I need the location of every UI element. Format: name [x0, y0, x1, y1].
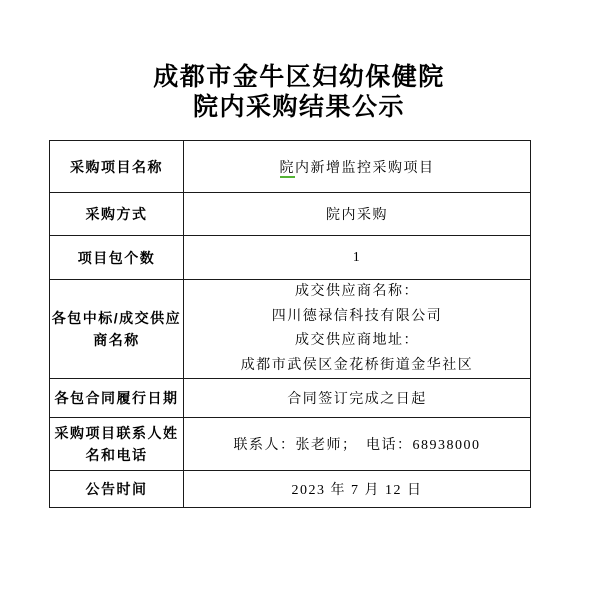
row-label-package-count: 项目包个数 — [50, 236, 184, 280]
supplier-address-caption: 成交供应商地址： — [185, 329, 529, 354]
supplier-name: 四川德禄信科技有限公司 — [185, 305, 529, 330]
row-label-project-name: 采购项目名称 — [50, 141, 184, 193]
row-label-procurement-method: 采购方式 — [50, 193, 184, 236]
row-label-announcement-date: 公告时间 — [50, 471, 184, 508]
row-label-winning-supplier: 各包中标/成交供应商名称 — [50, 280, 184, 379]
table-row-contact-info: 采购项目联系人姓名和电话 联系人：张老师； 电话：68938000 — [50, 418, 531, 471]
row-value-announcement-date: 2023 年 7 月 12 日 — [184, 471, 531, 508]
page-title: 成都市金牛区妇幼保健院 院内采购结果公示 — [0, 63, 598, 123]
page-title-line-1: 成都市金牛区妇幼保健院 — [0, 63, 598, 93]
table-row-announcement-date: 公告时间 2023 年 7 月 12 日 — [50, 471, 531, 508]
row-value-contract-period: 合同签订完成之日起 — [184, 379, 531, 418]
row-label-contact-info: 采购项目联系人姓名和电话 — [50, 418, 184, 471]
row-label-contract-period: 各包合同履行日期 — [50, 379, 184, 418]
table-row-contract-period: 各包合同履行日期 合同签订完成之日起 — [50, 379, 531, 418]
row-value-package-count: 1 — [184, 236, 531, 280]
table-row-project-name: 采购项目名称 院内新增监控采购项目 — [50, 141, 531, 193]
row-value-project-name: 院内新增监控采购项目 — [184, 141, 531, 193]
page-title-line-2: 院内采购结果公示 — [0, 93, 598, 123]
project-name-text: 内新增监控采购项目 — [295, 161, 435, 176]
table-row-package-count: 项目包个数 1 — [50, 236, 531, 280]
row-value-procurement-method: 院内采购 — [184, 193, 531, 236]
row-value-winning-supplier: 成交供应商名称： 四川德禄信科技有限公司 成交供应商地址： 成都市武侯区金花桥街… — [184, 280, 531, 379]
supplier-name-caption: 成交供应商名称： — [185, 280, 529, 305]
supplier-address: 成都市武侯区金花桥街道金华社区 — [185, 354, 529, 379]
table-row-winning-supplier: 各包中标/成交供应商名称 成交供应商名称： 四川德禄信科技有限公司 成交供应商地… — [50, 280, 531, 379]
spellcheck-underlined-text: 院 — [280, 161, 296, 178]
row-value-contact-info: 联系人：张老师； 电话：68938000 — [184, 418, 531, 471]
document-page: 成都市金牛区妇幼保健院 院内采购结果公示 采购项目名称 院内新增监控采购项目 采… — [0, 0, 598, 601]
procurement-result-table: 采购项目名称 院内新增监控采购项目 采购方式 院内采购 项目包个数 1 各包中标… — [49, 140, 531, 508]
table-row-procurement-method: 采购方式 院内采购 — [50, 193, 531, 236]
